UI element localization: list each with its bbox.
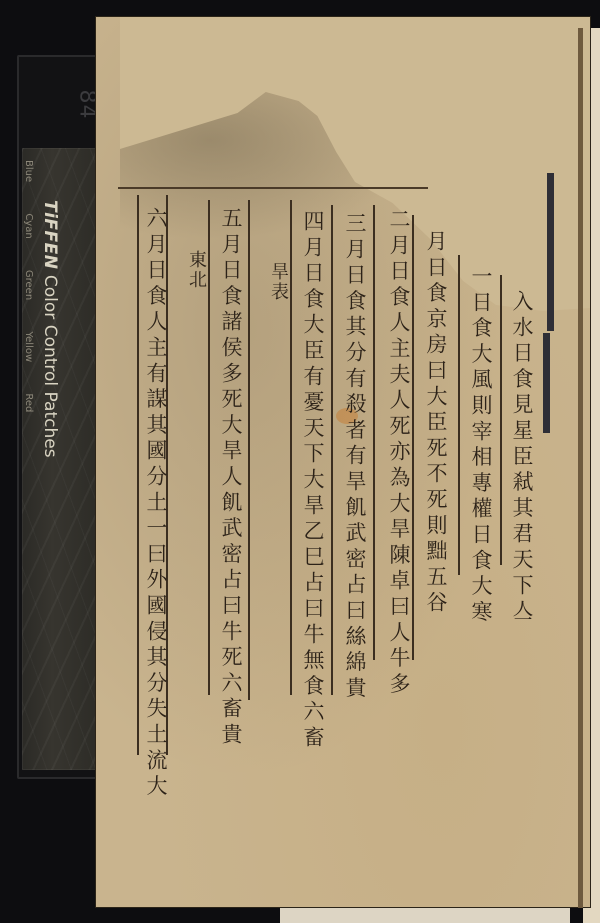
column-rule: [248, 200, 250, 700]
text-column-8: 五月日食諸侯多死大旱人飢武密占曰牛死六畜貴: [220, 207, 241, 749]
column-rule: [412, 215, 414, 660]
page-edge: [578, 28, 583, 908]
brand-logo: TiFFEN: [40, 200, 60, 270]
text-column-3: 月日食京房曰大臣死不死則黜五谷: [425, 230, 446, 617]
column-rule: [331, 205, 333, 695]
column-rule: [500, 275, 502, 565]
text-column-5: 三月日食其分有殺者有旱飢武密占曰絲綿貴: [344, 212, 365, 702]
underlying-sheet: [280, 906, 570, 923]
column-rule: [137, 195, 139, 755]
strip-brand-label: TiFFEN Color Control Patches: [40, 200, 60, 458]
frame-top-rule: [118, 187, 428, 189]
text-column-9: 東北: [187, 250, 205, 290]
column-rule: [373, 205, 375, 660]
spine-mark: [547, 173, 554, 331]
column-rule: [208, 200, 210, 695]
column-rule: [458, 255, 460, 575]
text-column-6: 四月日食大臣有憂天下大旱乙巳占曰牛無食六畜: [302, 210, 323, 752]
spine-mark: [543, 333, 550, 433]
text-column-1: 入水日食見星臣弒其君天下亼: [511, 290, 532, 625]
text-column-7: 旱表: [269, 262, 287, 302]
patch-labels: Blue Cyan Green Yellow Red: [23, 160, 34, 412]
strip-title: Color Control Patches: [40, 275, 60, 458]
text-column-4: 二月日食人主夫人死亦為大旱陳卓曰人牛多: [388, 208, 409, 698]
column-rule: [290, 200, 292, 695]
text-column-10: 六月日食人主有謀其國分土一曰外國侵其分失土流大: [145, 207, 166, 800]
text-column-2: 一日食大風則宰相專權日食大寒: [470, 265, 491, 626]
